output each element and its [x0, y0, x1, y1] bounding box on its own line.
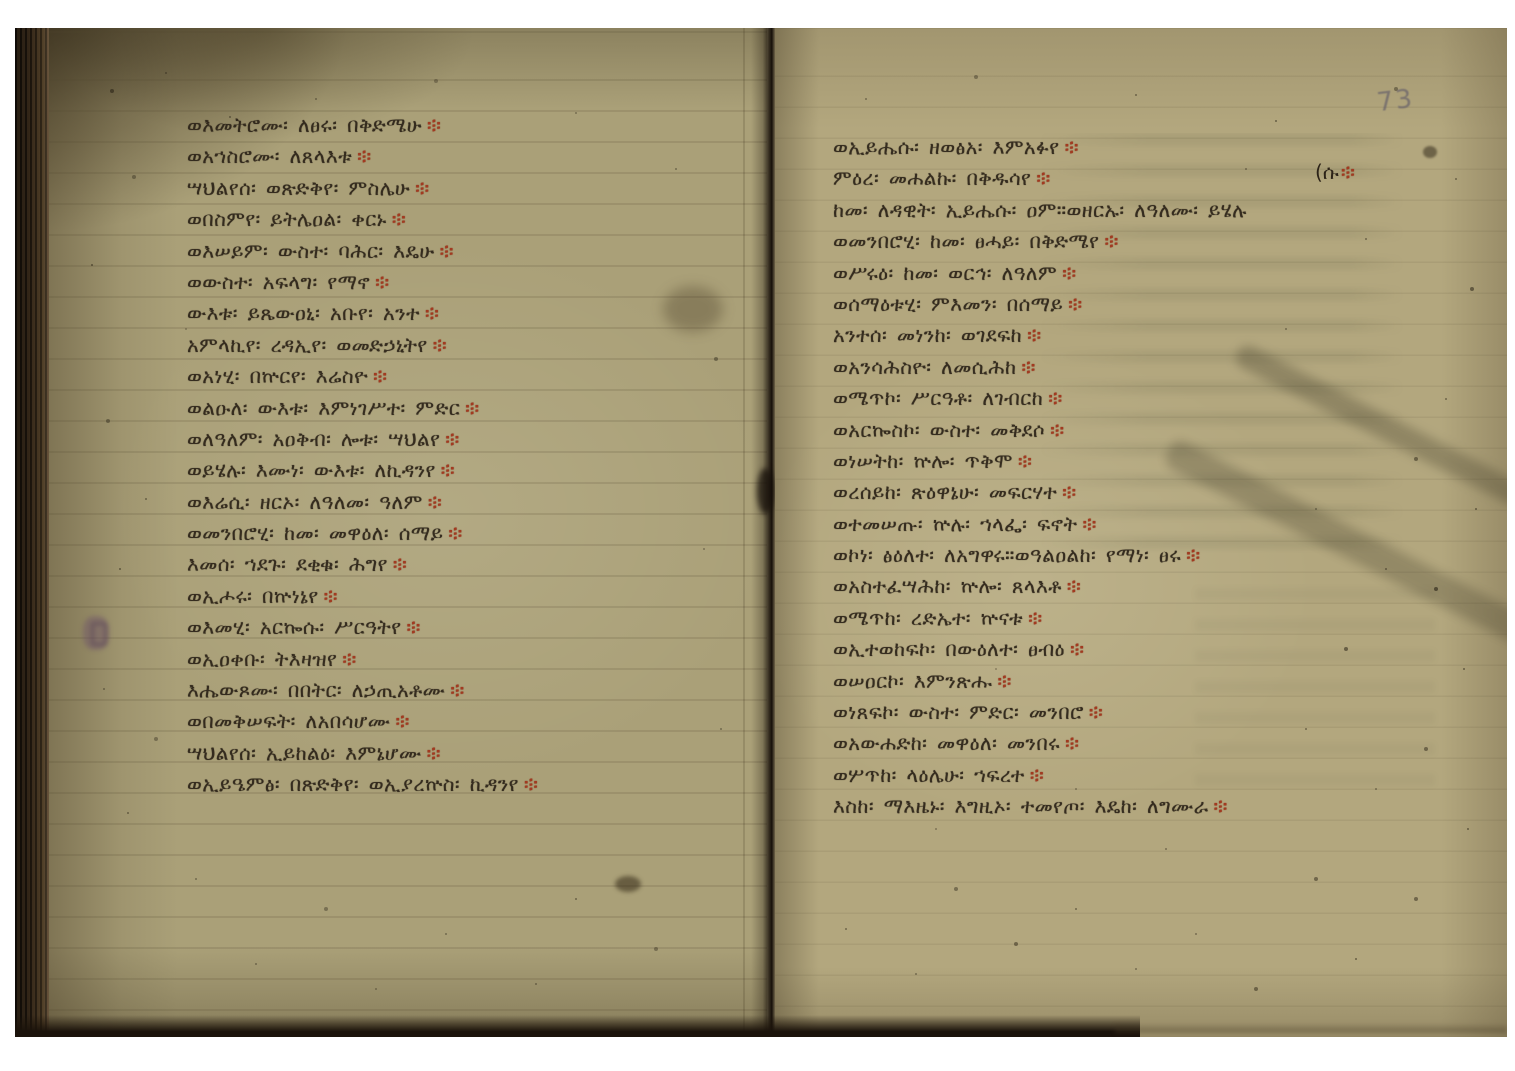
manuscript-text-line: ሣህልየሰ፡ ወጽድቅየ፡ ምስሌሁ፨	[187, 173, 538, 204]
manuscript-text-line: ወሜጥኮ፡ ሥርዓቶ፡ ለገብርከ፨	[833, 383, 1247, 414]
manuscript-text-line: እሔውጾሙ፡ በበትር፡ ለኃጢአቶሙ፨	[187, 675, 538, 706]
manuscript-text-line: ወመንበሮሂ፡ ከመ፡ መዋዕለ፡ ሰማይ፨	[187, 518, 538, 549]
speckle-cluster-right	[15, 28, 17, 30]
verse-divider-rubric: ፨	[1104, 229, 1118, 253]
verse-divider-rubric: ፨	[393, 552, 407, 576]
verse-divider-rubric: ፨	[427, 113, 441, 137]
verse-divider-rubric: ፨	[997, 669, 1011, 693]
manuscript-text-line: ወሰማዕቱሂ፡ ምእመን፡ በሰማይ፨	[833, 289, 1247, 320]
manuscript-text-line: ወአርኰስኮ፡ ውስተ፡ መቅደሶ፨	[833, 415, 1247, 446]
verse-text: ውእቱ፡ ይጼውዐኒ፡ አቡየ፡ አንተ	[187, 301, 420, 325]
manuscript-text-line: እስከ፡ ማእዜኑ፡ እግዚኦ፡ ተመየጦ፡ እዴከ፡ ለግሙራ፨	[833, 791, 1247, 822]
verse-divider-rubric: ፨	[1213, 794, 1227, 818]
verse-text: ወሰማዕቱሂ፡ ምእመን፡ በሰማይ	[833, 292, 1063, 316]
manuscript-text-line: ወሠዐርኮ፡ እምንጽሑ፨	[833, 666, 1247, 697]
verse-divider-rubric: ፨	[426, 741, 440, 765]
verse-text: ወአስተፈሣሕከ፡ ኵሎ፡ ጸላእቶ	[833, 574, 1062, 598]
verse-text: ወአኀስሮሙ፡ ለጸላእቱ	[187, 144, 352, 168]
verse-divider-rubric: ፨	[428, 490, 442, 514]
verse-divider-rubric: ፨	[406, 615, 420, 639]
parchment-stain	[1423, 146, 1437, 158]
manuscript-text-line: ወልዑለ፡ ውእቱ፡ እምነገሥተ፡ ምድር፨	[187, 393, 538, 424]
manuscript-text-line: ወውስተ፡ አፍላግ፡ የማኖ፨	[187, 267, 538, 298]
verse-text: እስከ፡ ማእዜኑ፡ እግዚኦ፡ ተመየጦ፡ እዴከ፡ ለግሙራ	[833, 794, 1208, 818]
manuscript-text-line: ወአንሳሕስዮ፡ ለመሲሕከ፨	[833, 352, 1247, 383]
margin-smudge	[83, 616, 109, 650]
manuscript-text-line: ወነጸፍኮ፡ ውስተ፡ ምድር፡ መንበሮ፨	[833, 697, 1247, 728]
verse-text: ወተመሠጡ፡ ኵሉ፡ ኀላፌ፡ ፍኖት	[833, 512, 1077, 536]
verse-text: ወነጸፍኮ፡ ውስተ፡ ምድር፡ መንበሮ	[833, 700, 1084, 724]
manuscript-text-line: እመሰ፡ ኀደጉ፡ ደቂቁ፡ ሕግየ፨	[187, 549, 538, 580]
verse-divider-rubric: ፨	[392, 207, 406, 231]
verse-divider-rubric: ፨	[1062, 261, 1076, 285]
verse-text: ወበመቅሠፍት፡ ለአበሳሆሙ	[187, 709, 390, 733]
verse-divider-rubric: ፨	[373, 364, 387, 388]
manuscript-text-line: ወረሰይከ፡ ጽዕዋኔሁ፡ መፍርሃተ፨	[833, 477, 1247, 508]
book-gutter	[751, 28, 777, 1037]
manuscript-text-line: ወአኀስሮሙ፡ ለጸላእቱ፨	[187, 141, 538, 172]
verse-text: ወእመሂ፡ አርኰሱ፡ ሥርዓትየ	[187, 615, 401, 639]
verse-divider-rubric: ፨	[324, 584, 338, 608]
verse-divider-rubric: ፨	[1186, 543, 1200, 567]
manuscript-text-line: ወአውሐድከ፡ መዋዕለ፡ መንበሩ፨	[833, 728, 1247, 759]
verse-text: ወኢሖሩ፡ በኵነኔየ	[187, 584, 319, 608]
manuscript-text-line: ወኮነ፡ ፅዕለተ፡ ለአግዋሩ።ወዓልዐልከ፡ የማነ፡ ፀሩ፨	[833, 540, 1247, 571]
gutter-binding-knot	[757, 468, 774, 514]
verse-text: እመሰ፡ ኀደጉ፡ ደቂቁ፡ ሕግየ	[187, 552, 388, 576]
verse-divider-rubric: ፨	[1068, 292, 1082, 316]
verse-divider-rubric: ፨	[1064, 135, 1078, 159]
verse-divider-rubric: ፨	[395, 709, 409, 733]
manuscript-text-line: ወአነሂ፡ በኵርየ፡ እሬስዮ፨	[187, 361, 538, 392]
verse-text: ወይሄሉ፡ እሙነ፡ ውእቱ፡ ለኪዳንየ	[187, 458, 436, 482]
verse-text: ወልዑለ፡ ውእቱ፡ እምነገሥተ፡ ምድር	[187, 396, 460, 420]
manuscript-text-line: ወእሬሲ፡ ዘርኦ፡ ለዓለመ፡ ዓለም፨	[187, 487, 538, 518]
verse-text: ወኢይሔሱ፡ ዘወፅአ፡ እምአፉየ	[833, 135, 1059, 159]
parchment-stain	[663, 286, 723, 332]
book-bottom-edge-right	[1115, 1023, 1507, 1033]
marginal-annotation-mark: ፨	[1341, 160, 1355, 184]
manuscript-text-line: ወለዓለም፡ አዐቅብ፡ ሎቱ፡ ሣህልየ፨	[187, 424, 538, 455]
verse-text: ወረሰይከ፡ ጽዕዋኔሁ፡ መፍርሃተ	[833, 480, 1057, 504]
verse-divider-rubric: ፨	[1018, 449, 1032, 473]
verse-text: ወለዓለም፡ አዐቅብ፡ ሎቱ፡ ሣህልየ	[187, 427, 440, 451]
verse-divider-rubric: ፨	[425, 301, 439, 325]
verse-text: ወሦጥከ፡ ላዕሌሁ፡ ኀፍረተ	[833, 763, 1025, 787]
verse-text: ወአንሳሕስዮ፡ ለመሲሕከ	[833, 355, 1016, 379]
verse-divider-rubric: ፨	[448, 521, 462, 545]
manuscript-text-line: ወኢሖሩ፡ በኵነኔየ፨	[187, 581, 538, 612]
verse-text: ወነሠትከ፡ ኵሎ፡ ጥቅሞ	[833, 449, 1013, 473]
manuscript-text-line: ከመ፡ ለዳዊት፡ ኢይሔሱ፡ ዐም።ወዘርኡ፡ ለዓለሙ፡ ይሄሉ	[833, 195, 1247, 226]
verse-divider-rubric: ፨	[1070, 637, 1084, 661]
manuscript-text-line: ወኢተወከፍኮ፡ በውዕለተ፡ ፀብዕ፨	[833, 634, 1247, 665]
verse-divider-rubric: ፨	[1067, 574, 1081, 598]
verse-text: አንተሰ፡ መነንከ፡ ወገደፍከ	[833, 323, 1022, 347]
verse-text: ወሥሩዕ፡ ከመ፡ ወርኅ፡ ለዓለም	[833, 261, 1057, 285]
folio-number: 73	[1375, 84, 1415, 118]
book-bottom-edge	[15, 1015, 1140, 1037]
verse-text: ወመንበሮሂ፡ ከመ፡ ፀሓይ፡ በቅድሜየ	[833, 229, 1099, 253]
right-page-text-column: ወኢይሔሱ፡ ዘወፅአ፡ እምአፉየ፨ምዕረ፡ መሐልኩ፡ በቅዱሳየ፨ከመ፡ …	[833, 132, 1247, 823]
verse-divider-rubric: ፨	[524, 772, 538, 796]
manuscript-text-line: አንተሰ፡ መነንከ፡ ወገደፍከ፨	[833, 320, 1247, 351]
verse-divider-rubric: ፨	[1021, 355, 1035, 379]
verse-divider-rubric: ፨	[1030, 763, 1044, 787]
manuscript-text-line: ወመንበሮሂ፡ ከመ፡ ፀሓይ፡ በቅድሜየ፨	[833, 226, 1247, 257]
verse-text: ወሠዐርኮ፡ እምንጽሑ	[833, 669, 992, 693]
manuscript-text-line: ወአስተፈሣሕከ፡ ኵሎ፡ ጸላእቶ፨	[833, 571, 1247, 602]
marginal-annotation: (ሱ፨	[1315, 160, 1355, 184]
verse-divider-rubric: ፨	[441, 458, 455, 482]
manuscript-text-line: ወተመሠጡ፡ ኵሉ፡ ኀላፌ፡ ፍኖት፨	[833, 509, 1247, 540]
verse-divider-rubric: ፨	[1027, 323, 1041, 347]
verse-text: ወእሬሲ፡ ዘርኦ፡ ለዓለመ፡ ዓለም	[187, 490, 423, 514]
manuscript-text-line: ወሜጥከ፡ ረድኤተ፡ ኵናቱ፨	[833, 603, 1247, 634]
verse-divider-rubric: ፨	[342, 647, 356, 671]
verse-text: ወመንበሮሂ፡ ከመ፡ መዋዕለ፡ ሰማይ	[187, 521, 443, 545]
verse-divider-rubric: ፨	[440, 239, 454, 263]
verse-divider-rubric: ፨	[450, 678, 464, 702]
verse-divider-rubric: ፨	[1082, 512, 1096, 536]
verse-text: ወሜጥከ፡ ረድኤተ፡ ኵናቱ	[833, 606, 1023, 630]
manuscript-text-line: ወእሠይም፡ ውስተ፡ ባሕር፡ እዴሁ፨	[187, 236, 538, 267]
verse-text: ወኢይዔምፅ፡ በጽድቅየ፡ ወኢያረኵስ፡ ኪዳንየ	[187, 772, 519, 796]
verse-divider-rubric: ፨	[465, 396, 479, 420]
verse-divider-rubric: ፨	[1050, 418, 1064, 442]
verse-divider-rubric: ፨	[1028, 606, 1042, 630]
manuscript-text-line: አምላኪየ፡ ረዳኢየ፡ ወመድኃኒትየ፨	[187, 330, 538, 361]
verse-text: ምዕረ፡ መሐልኩ፡ በቅዱሳየ	[833, 166, 1031, 190]
manuscript-text-line: ውእቱ፡ ይጼውዐኒ፡ አቡየ፡ አንተ፨	[187, 298, 538, 329]
verse-text: ወኢዐቀቡ፡ ትእዛዝየ	[187, 647, 337, 671]
manuscript-photo: ወእመትሮሙ፡ ለፀሩ፡ በቅድሜሁ፨ወአኀስሮሙ፡ ለጸላእቱ፨ሣህልየሰ፡ …	[15, 28, 1507, 1037]
verse-text: ከመ፡ ለዳዊት፡ ኢይሔሱ፡ ዐም።ወዘርኡ፡ ለዓለሙ፡ ይሄሉ	[833, 198, 1247, 222]
verse-text: ወአርኰስኮ፡ ውስተ፡ መቅደሶ	[833, 418, 1045, 442]
verse-text: ወኢተወከፍኮ፡ በውዕለተ፡ ፀብዕ	[833, 637, 1065, 661]
verse-text: ወበስምየ፡ ይትሌዐል፡ ቀርኑ	[187, 207, 387, 231]
verse-divider-rubric: ፨	[445, 427, 459, 451]
manuscript-text-line: ወነሠትከ፡ ኵሎ፡ ጥቅሞ፨	[833, 446, 1247, 477]
manuscript-text-line: ወኢዐቀቡ፡ ትእዛዝየ፨	[187, 644, 538, 675]
verse-text: ሣህልየሰ፡ ወጽድቅየ፡ ምስሌሁ	[187, 176, 410, 200]
verse-divider-rubric: ፨	[1089, 700, 1103, 724]
manuscript-text-line: ወበስምየ፡ ይትሌዐል፡ ቀርኑ፨	[187, 204, 538, 235]
ink-stain	[615, 876, 641, 892]
verse-text: እሔውጾሙ፡ በበትር፡ ለኃጢአቶሙ	[187, 678, 445, 702]
manuscript-text-line: ወኢይዔምፅ፡ በጽድቅየ፡ ወኢያረኵስ፡ ኪዳንየ፨	[187, 769, 538, 800]
verse-text: አምላኪየ፡ ረዳኢየ፡ ወመድኃኒትየ	[187, 333, 428, 357]
manuscript-text-line: ወይሄሉ፡ እሙነ፡ ውእቱ፡ ለኪዳንየ፨	[187, 455, 538, 486]
manuscript-text-line: ወሦጥከ፡ ላዕሌሁ፡ ኀፍረተ፨	[833, 760, 1247, 791]
verse-text: ወውስተ፡ አፍላግ፡ የማኖ	[187, 270, 370, 294]
verse-text: ወእሠይም፡ ውስተ፡ ባሕር፡ እዴሁ	[187, 239, 435, 263]
manuscript-text-line: ወኢይሔሱ፡ ዘወፅአ፡ እምአፉየ፨	[833, 132, 1247, 163]
verse-text: ወእመትሮሙ፡ ለፀሩ፡ በቅድሜሁ	[187, 113, 422, 137]
verse-text: ወአነሂ፡ በኵርየ፡ እሬስዮ	[187, 364, 368, 388]
verse-divider-rubric: ፨	[415, 176, 429, 200]
verse-divider-rubric: ፨	[357, 144, 371, 168]
verse-divider-rubric: ፨	[1036, 166, 1050, 190]
book-fore-edge	[15, 28, 49, 1037]
manuscript-text-line: ወእመሂ፡ አርኰሱ፡ ሥርዓትየ፨	[187, 612, 538, 643]
manuscript-text-line: ወበመቅሠፍት፡ ለአበሳሆሙ፨	[187, 706, 538, 737]
manuscript-text-line: ሣህልየሰ፡ ኢይከልዕ፡ እምኔሆሙ፨	[187, 738, 538, 769]
verse-text: ወኮነ፡ ፅዕለተ፡ ለአግዋሩ።ወዓልዐልከ፡ የማነ፡ ፀሩ	[833, 543, 1181, 567]
verse-divider-rubric: ፨	[1065, 731, 1079, 755]
verse-text: ወሜጥኮ፡ ሥርዓቶ፡ ለገብርከ	[833, 386, 1043, 410]
left-page-text-column: ወእመትሮሙ፡ ለፀሩ፡ በቅድሜሁ፨ወአኀስሮሙ፡ ለጸላእቱ፨ሣህልየሰ፡ …	[187, 110, 538, 801]
verse-divider-rubric: ፨	[375, 270, 389, 294]
manuscript-text-line: ወሥሩዕ፡ ከመ፡ ወርኅ፡ ለዓለም፨	[833, 258, 1247, 289]
verse-divider-rubric: ፨	[1062, 480, 1076, 504]
manuscript-text-line: ምዕረ፡ መሐልኩ፡ በቅዱሳየ፨	[833, 163, 1247, 194]
marginal-annotation-text: (ሱ	[1315, 160, 1339, 184]
verse-divider-rubric: ፨	[1048, 386, 1062, 410]
verse-text: ወአውሐድከ፡ መዋዕለ፡ መንበሩ	[833, 731, 1060, 755]
verse-divider-rubric: ፨	[433, 333, 447, 357]
verse-text: ሣህልየሰ፡ ኢይከልዕ፡ እምኔሆሙ	[187, 741, 421, 765]
manuscript-text-line: ወእመትሮሙ፡ ለፀሩ፡ በቅድሜሁ፨	[187, 110, 538, 141]
